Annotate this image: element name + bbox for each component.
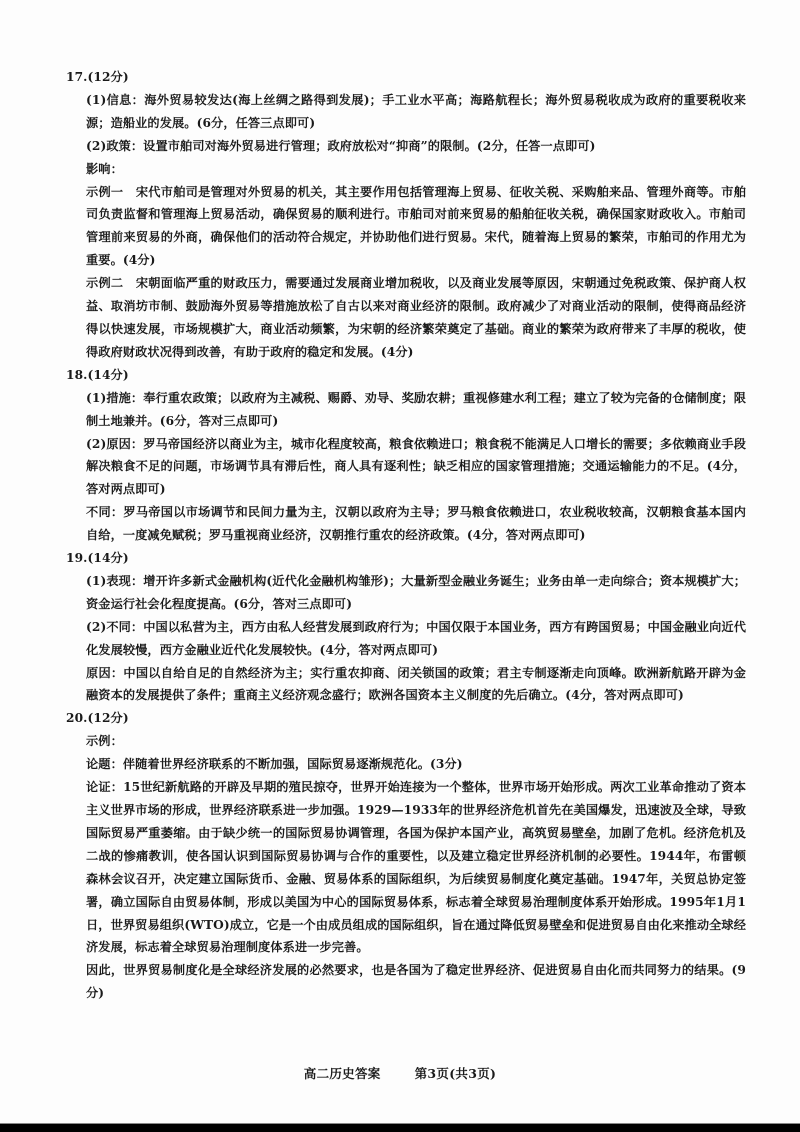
answer-paragraph: 论题：伴随着世界经济联系的不断加强，国际贸易逐渐规范化。(3分) [86,753,746,776]
answer-paragraph: 示例一 宋代市舶司是管理对外贸易的机关，其主要作用包括管理海上贸易、征收关税、采… [86,181,746,273]
question-score: (12分) [88,70,129,84]
question-number: 17. [66,70,88,84]
answer-paragraph: 因此，世界贸易制度化是全球经济发展的必然要求，也是各国为了稳定世界经济、促进贸易… [86,959,746,1005]
question-number: 18. [66,368,88,382]
question-score: (14分) [88,551,129,565]
answer-paragraph: 不同：罗马帝国以市场调节和民间力量为主，汉朝以政府为主导；罗马粮食依赖进口，农业… [86,501,746,547]
answer-paragraph: 示例： [86,730,746,753]
question-19: 19.(14分) (1)表现：增开许多新式金融机构(近代化金融机构雏形)；大量新… [66,547,746,707]
question-header: 19.(14分) [66,547,746,570]
answer-paragraph: 示例二 宋朝面临严重的财政压力，需要通过发展商业增加税收，以及商业发展等原因，宋… [86,272,746,364]
answer-content: 17.(12分) (1)信息：海外贸易较发达(海上丝绸之路得到发展)；手工业水平… [66,66,746,1005]
answer-paragraph: 影响： [86,158,746,181]
document-page: 17.(12分) (1)信息：海外贸易较发达(海上丝绸之路得到发展)；手工业水平… [0,0,800,1123]
question-header: 20.(12分) [66,707,746,730]
question-header: 18.(14分) [66,364,746,387]
answer-paragraph: (1)信息：海外贸易较发达(海上丝绸之路得到发展)；手工业水平高；海路航程长；海… [86,89,746,135]
footer-title: 高二历史答案 [304,1066,381,1081]
question-header: 17.(12分) [66,66,746,89]
question-score: (14分) [88,368,129,382]
answer-paragraph: (1)表现：增开许多新式金融机构(近代化金融机构雏形)；大量新型金融业务诞生；业… [86,570,746,616]
answer-paragraph: 原因：中国以自给自足的自然经济为主；实行重农抑商、闭关锁国的政策；君主专制逐渐走… [86,662,746,708]
footer-page-number: 第3页(共3页) [415,1066,497,1081]
question-17: 17.(12分) (1)信息：海外贸易较发达(海上丝绸之路得到发展)；手工业水平… [66,66,746,364]
question-number: 20. [66,711,88,725]
question-number: 19. [66,551,88,565]
bottom-black-bar [0,1123,800,1132]
answer-paragraph: (2)政策：设置市舶司对海外贸易进行管理；政府放松对“抑商”的限制。(2分，任答… [86,135,746,158]
answer-paragraph: (2)不同：中国以私营为主，西方由私人经营发展到政府行为；中国仅限于本国业务，西… [86,616,746,662]
question-18: 18.(14分) (1)措施：奉行重农政策；以政府为主减税、赐爵、劝导、奖励农耕… [66,364,746,547]
answer-paragraph: 论证：15世纪新航路的开辟及早期的殖民掠夺，世界开始连接为一个整体，世界市场开始… [86,776,746,959]
answer-paragraph: (2)原因：罗马帝国经济以商业为主，城市化程度较高，粮食依赖进口；粮食税不能满足… [86,433,746,502]
question-20: 20.(12分) 示例： 论题：伴随着世界经济联系的不断加强，国际贸易逐渐规范化… [66,707,746,1005]
question-score: (12分) [88,711,129,725]
answer-paragraph: (1)措施：奉行重农政策；以政府为主减税、赐爵、劝导、奖励农耕；重视修建水利工程… [86,387,746,433]
page-footer: 高二历史答案第3页(共3页) [0,1064,800,1082]
